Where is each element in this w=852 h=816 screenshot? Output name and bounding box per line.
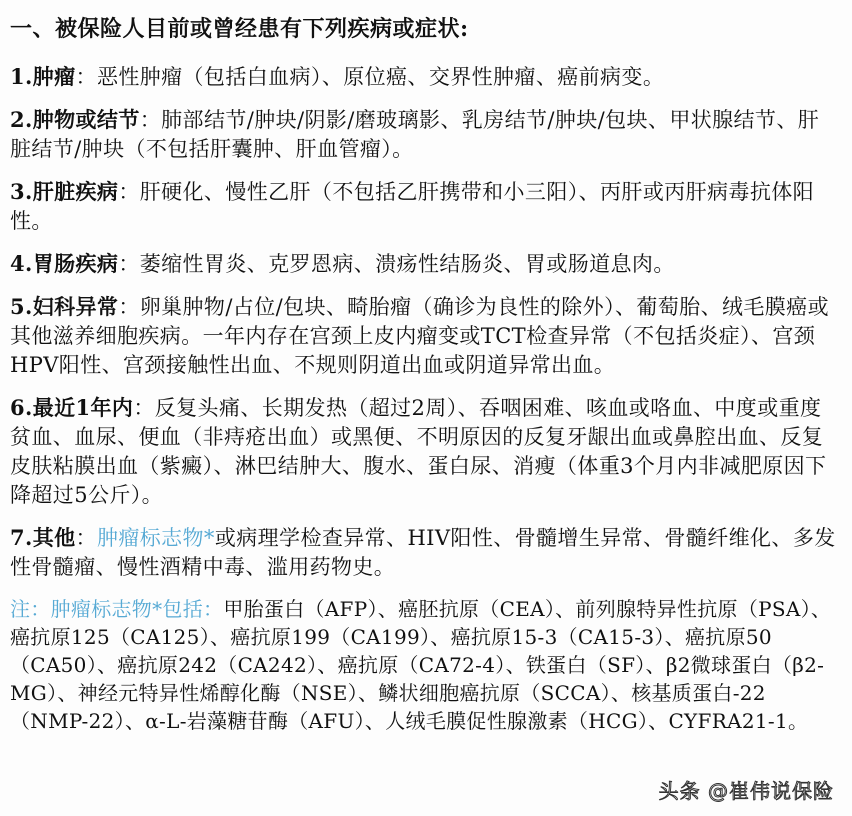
item-label: 1.肿瘤	[10, 64, 76, 89]
note-label: 注：肿瘤标志物*包括：	[10, 597, 223, 621]
condition-item-4: 4.胃肠疾病：萎缩性胃炎、克罗恩病、溃疡性结肠炎、胃或肠道息肉。	[10, 249, 838, 279]
condition-item-6: 6.最近1年内：反复头痛、长期发热（超过2周）、吞咽困难、咳血或咯血、中度或重度…	[10, 393, 838, 510]
tumor-marker-note: 注：肿瘤标志物*包括：甲胎蛋白（AFP）、癌胚抗原（CEA）、前列腺特异性抗原（…	[10, 595, 838, 735]
condition-item-3: 3.肝脏疾病：肝硬化、慢性乙肝（不包括乙肝携带和小三阳）、丙肝或丙肝病毒抗体阳性…	[10, 177, 838, 236]
section-heading: 一、被保险人目前或曾经患有下列疾病或症状:	[10, 14, 838, 44]
item-label: 7.其他	[10, 525, 76, 550]
condition-item-1: 1.肿瘤：恶性肿瘤（包括白血病）、原位癌、交界性肿瘤、癌前病变。	[10, 62, 838, 92]
item-text: 萎缩性胃炎、克罗恩病、溃疡性结肠炎、胃或肠道息肉。	[140, 252, 675, 276]
watermark: 头条 @崔伟说保险	[659, 775, 834, 804]
condition-item-2: 2.肿物或结节：肺部结节/肿块/阴影/磨玻璃影、乳房结节/肿块/包块、甲状腺结节…	[10, 105, 838, 164]
item-label: 5.妇科异常	[10, 294, 118, 319]
condition-item-7: 7.其他：肿瘤标志物*或病理学检查异常、HIV阳性、骨髓增生异常、骨髓纤维化、多…	[10, 523, 838, 582]
item-text: 恶性肿瘤（包括白血病）、原位癌、交界性肿瘤、癌前病变。	[97, 65, 664, 89]
document: 一、被保险人目前或曾经患有下列疾病或症状: 1.肿瘤：恶性肿瘤（包括白血病）、原…	[0, 0, 852, 735]
item-label: 4.胃肠疾病	[10, 251, 118, 276]
item-label: 6.最近1年内	[10, 395, 133, 420]
condition-item-5: 5.妇科异常：卵巢肿物/占位/包块、畸胎瘤（确诊为良性的除外）、葡萄胎、绒毛膜癌…	[10, 292, 838, 380]
tumor-marker-highlight: 肿瘤标志物*	[97, 526, 215, 550]
item-label: 2.肿物或结节	[10, 107, 140, 132]
item-label: 3.肝脏疾病	[10, 179, 118, 204]
